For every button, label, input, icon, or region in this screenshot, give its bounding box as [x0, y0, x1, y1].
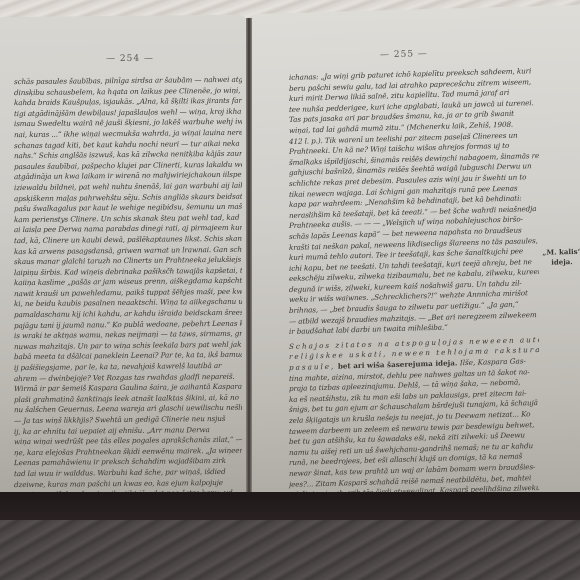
right-page-text: ichanas: „Ja wiņi grib paturet ichō kapi… — [289, 66, 539, 504]
left-page-text: schās pasaules šaubības, pilnīga sirdsa … — [14, 75, 242, 502]
right-page: — 255 — ichanas: „Ja wiņi grib paturet i… — [252, 5, 580, 504]
wooden-surface-bottom — [0, 520, 580, 580]
page-number-left: — 254 — — [106, 54, 154, 65]
margin-note: „M. kalis“ ideja. — [542, 247, 580, 268]
left-page: — 254 — schās pasaules šaubības, pilnīga… — [0, 15, 248, 502]
page-number-right: — 255 — — [380, 49, 428, 60]
text-fragment: Ilše, Kaspara Gas- — [460, 356, 526, 367]
